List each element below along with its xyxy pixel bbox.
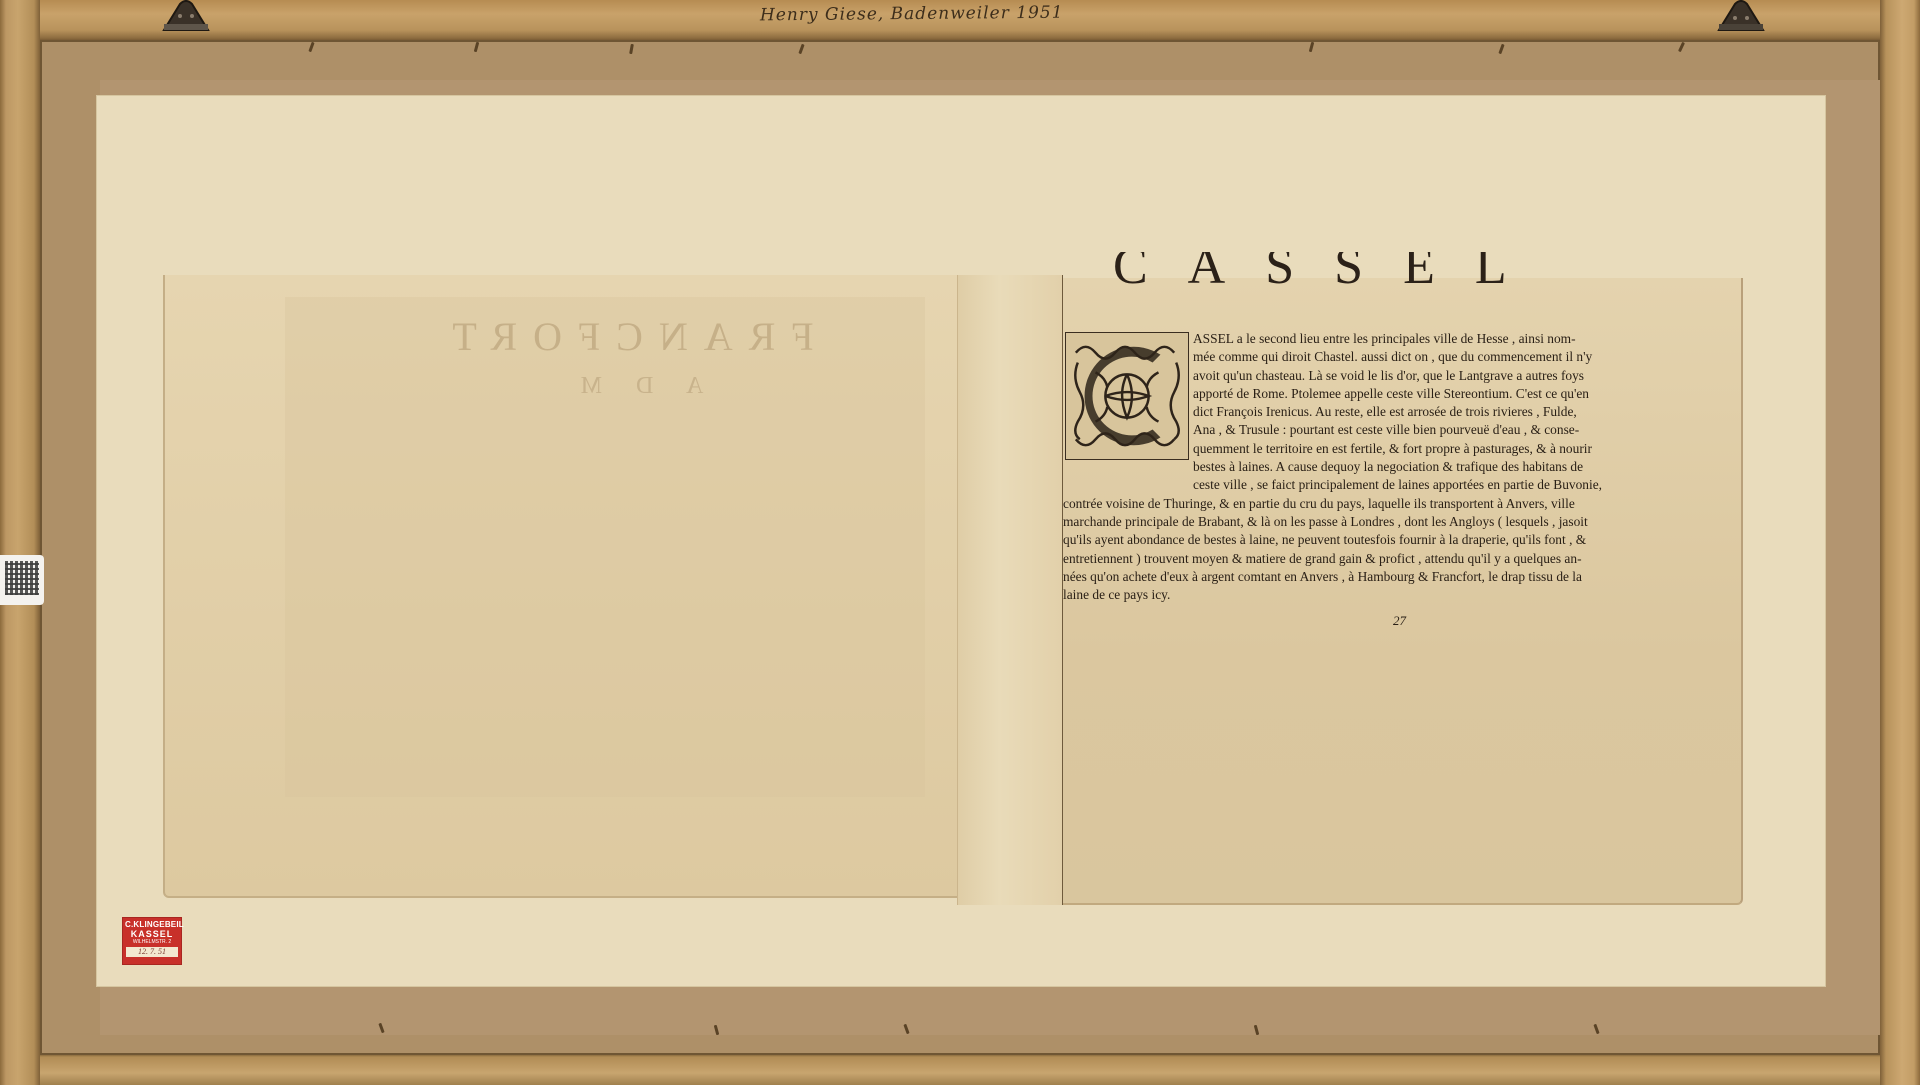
left-page-verso: FRANCFORT A D M [163, 275, 961, 898]
text-line: entretiennent ) trouvent moyen & matiere… [1063, 550, 1626, 568]
left-hanger-icon [158, 0, 214, 32]
text-line: apporté de Rome. Ptolemee appelle ceste … [1063, 385, 1626, 403]
framer-date: 12. 7. 51 [126, 947, 178, 957]
text-line: dict François Irenicus. Au reste, elle e… [1063, 403, 1626, 421]
framer-city: KASSEL [125, 929, 179, 939]
text-line: ASSEL a le second lieu entre les princip… [1063, 330, 1626, 348]
framer-label: C.KLINGEBEIL KASSEL WILHELMSTR. 2 12. 7.… [122, 917, 182, 965]
ghost-title-show-through: FRANCFORT [315, 313, 935, 360]
text-line: mée comme qui diroit Chastel. aussi dict… [1063, 348, 1626, 366]
qr-code-tag[interactable] [0, 555, 44, 605]
text-line: Ana , & Trusule : pourtant est ceste vil… [1063, 421, 1626, 439]
framer-address: WILHELMSTR. 2 [125, 939, 179, 946]
text-line: quemment le territoire en est fertile, &… [1063, 440, 1626, 458]
frame-left-rail [0, 0, 40, 1085]
text-line: avoit qu'un chasteau. Là se void le lis … [1063, 367, 1626, 385]
picture-frame: Henry Giese, Badenweiler 1951 FRANCFORT … [0, 0, 1920, 1085]
text-line: bestes à laines. A cause dequoy la negoc… [1063, 458, 1626, 476]
text-line: ceste ville , se faict principalement de… [1063, 476, 1626, 494]
frame-inscription: Henry Giese, Badenweiler 1951 [760, 3, 1064, 26]
framer-name: C.KLINGEBEIL [125, 920, 179, 929]
text-line: laine de ce pays icy. [1063, 586, 1626, 604]
left-page-plate-mark [285, 297, 925, 797]
ghost-subtitle-show-through: A D M [485, 373, 785, 400]
text-line: nées qu'on achete d'eux à argent comtant… [1063, 568, 1626, 586]
center-fold-guard [957, 275, 1063, 905]
text-line: marchande principale de Brabant, & là on… [1063, 513, 1626, 531]
page-number: 27 [1393, 613, 1406, 629]
frame-bottom-rail [0, 1055, 1920, 1085]
right-page-text: CASSEL ASSEL a le second li [1063, 278, 1743, 905]
page-title: CASSEL [1113, 252, 1547, 292]
text-line: qu'ils ayent abondance de bestes à laine… [1063, 531, 1626, 549]
qr-code-icon [5, 561, 39, 595]
text-line: contrée voisine de Thuringe, & en partie… [1063, 495, 1626, 513]
right-hanger-icon [1713, 0, 1769, 32]
frame-right-rail [1880, 0, 1920, 1085]
body-paragraph: ASSEL a le second lieu entre les princip… [1063, 330, 1626, 604]
